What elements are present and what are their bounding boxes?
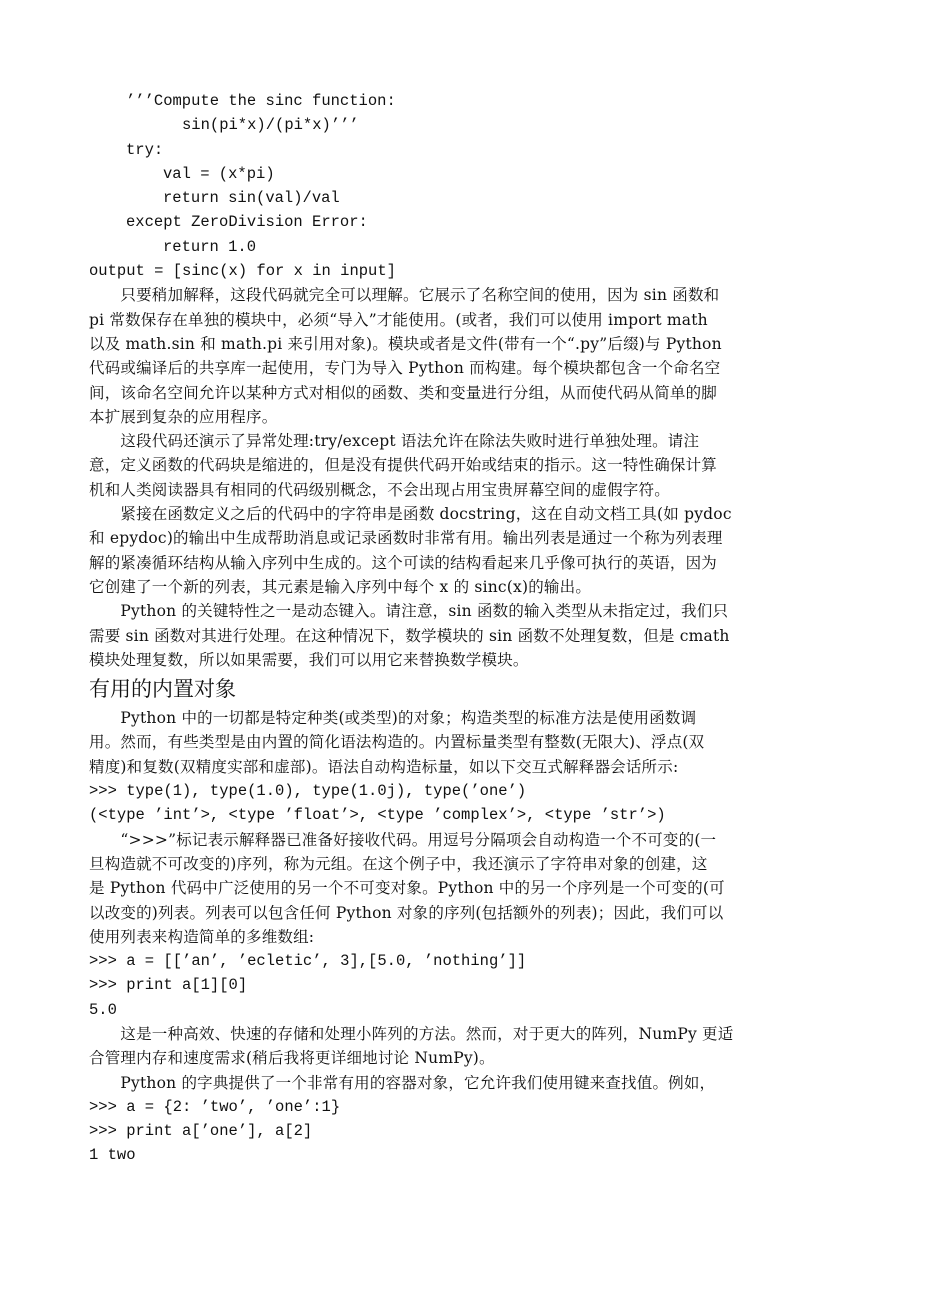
paragraph-docstring: 紧接在函数定义之后的代码中的字符串是函数 docstring，这在自动文档工具(… bbox=[89, 502, 837, 599]
text-line: 这是一种高效、快速的存储和处理小阵列的方法。然而，对于更大的阵列，NumPy 更… bbox=[89, 1022, 837, 1046]
section-heading: 有用的内置对象 bbox=[89, 672, 837, 706]
paragraph-namespaces: 只要稍加解释，这段代码就完全可以理解。它展示了名称空间的使用，因为 sin 函数… bbox=[89, 283, 837, 429]
code-line: output = [sinc(x) for x in input] bbox=[89, 259, 837, 283]
text-line: 和 epydoc)的输出中生成帮助消息或记录函数时非常有用。输出列表是通过一个称… bbox=[89, 526, 837, 550]
code-line: return 1.0 bbox=[89, 235, 837, 259]
code-line: >>> print a[1][0] bbox=[89, 973, 837, 997]
text-line: “>>>”标记表示解释器已准备好接收代码。用逗号分隔项会自动构造一个不可变的(一 bbox=[89, 828, 837, 852]
paragraph-numpy-dict: 这是一种高效、快速的存储和处理小阵列的方法。然而，对于更大的阵列，NumPy 更… bbox=[89, 1022, 837, 1095]
text-line: Python 的关键特性之一是动态键入。请注意，sin 函数的输入类型从未指定过… bbox=[89, 599, 837, 623]
code-block-dict: >>> a = {2: ’two’, ’one’:1} >>> print a[… bbox=[89, 1095, 837, 1168]
text-line: 需要 sin 函数对其进行处理。在这种情况下，数学模块的 sin 函数不处理复数… bbox=[89, 624, 837, 648]
text-line: 机和人类阅读器具有相同的代码级别概念，不会出现占用宝贵屏幕空间的虚假字符。 bbox=[89, 478, 837, 502]
text-line: 这段代码还演示了异常处理:try/except 语法允许在除法失败时进行单独处理… bbox=[89, 429, 837, 453]
paragraph-builtin-types: Python 中的一切都是特定种类(或类型)的对象；构造类型的标准方法是使用函数… bbox=[89, 706, 837, 779]
paragraph-tuples-lists: “>>>”标记表示解释器已准备好接收代码。用逗号分隔项会自动构造一个不可变的(一… bbox=[89, 828, 837, 949]
code-block-list: >>> a = [[’an’, ’ecletic’, 3],[5.0, ’not… bbox=[89, 949, 837, 1022]
text-line: 紧接在函数定义之后的代码中的字符串是函数 docstring，这在自动文档工具(… bbox=[89, 502, 837, 526]
text-line: pi 常数保存在单独的模块中，必须“导入”才能使用。(或者，我们可以使用 imp… bbox=[89, 308, 837, 332]
text-line: 旦构造就不可改变的)序列，称为元组。在这个例子中，我还演示了字符串对象的创建，这 bbox=[89, 852, 837, 876]
paragraph-exceptions: 这段代码还演示了异常处理:try/except 语法允许在除法失败时进行单独处理… bbox=[89, 429, 837, 502]
text-line: 精度)和复数(双精度实部和虚部)。语法自动构造标量，如以下交互式解释器会话所示: bbox=[89, 755, 837, 779]
code-line: (<type ’int’>, <type ’float’>, <type ’co… bbox=[89, 803, 837, 827]
text-line: Python 中的一切都是特定种类(或类型)的对象；构造类型的标准方法是使用函数… bbox=[89, 706, 837, 730]
code-line: sin(pi*x)/(pi*x)’’’ bbox=[89, 113, 837, 137]
text-line: 代码或编译后的共享库一起使用，专门为导入 Python 而构建。每个模块都包含一… bbox=[89, 356, 837, 380]
text-line: 以改变的)列表。列表可以包含任何 Python 对象的序列(包括额外的列表)；因… bbox=[89, 901, 837, 925]
code-line: return sin(val)/val bbox=[89, 186, 837, 210]
code-line: >>> a = [[’an’, ’ecletic’, 3],[5.0, ’not… bbox=[89, 949, 837, 973]
text-line: 解的紧凑循环结构从输入序列中生成的。这个可读的结构看起来几乎像可执行的英语，因为 bbox=[89, 551, 837, 575]
code-block-sinc: ’’’Compute the sinc function: sin(pi*x)/… bbox=[89, 89, 837, 283]
code-block-types: >>> type(1), type(1.0), type(1.0j), type… bbox=[89, 779, 837, 828]
code-line: >>> type(1), type(1.0), type(1.0j), type… bbox=[89, 779, 837, 803]
code-line: >>> a = {2: ’two’, ’one’:1} bbox=[89, 1095, 837, 1119]
text-line: 以及 math.sin 和 math.pi 来引用对象)。模块或者是文件(带有一… bbox=[89, 332, 837, 356]
code-line: 5.0 bbox=[89, 998, 837, 1022]
text-line: 间，该命名空间允许以某种方式对相似的函数、类和变量进行分组，从而使代码从简单的脚 bbox=[89, 381, 837, 405]
code-line: except ZeroDivision Error: bbox=[89, 210, 837, 234]
code-line: >>> print a[’one’], a[2] bbox=[89, 1119, 837, 1143]
text-line: 意，定义函数的代码块是缩进的，但是没有提供代码开始或结束的指示。这一特性确保计算 bbox=[89, 453, 837, 477]
text-line: 它创建了一个新的列表，其元素是输入序列中每个 x 的 sinc(x)的输出。 bbox=[89, 575, 837, 599]
text-line: 本扩展到复杂的应用程序。 bbox=[89, 405, 837, 429]
text-line: 用。然而，有些类型是由内置的简化语法构造的。内置标量类型有整数(无限大)、浮点(… bbox=[89, 730, 837, 754]
document-page: ’’’Compute the sinc function: sin(pi*x)/… bbox=[89, 89, 837, 1168]
text-line: 模块处理复数，所以如果需要，我们可以用它来替换数学模块。 bbox=[89, 648, 837, 672]
text-line: 合管理内存和速度需求(稍后我将更详细地讨论 NumPy)。 bbox=[89, 1046, 837, 1070]
text-line: Python 的字典提供了一个非常有用的容器对象，它允许我们使用键来查找值。例如… bbox=[89, 1071, 837, 1095]
text-line: 是 Python 代码中广泛使用的另一个不可变对象。Python 中的另一个序列… bbox=[89, 876, 837, 900]
code-line: 1 two bbox=[89, 1143, 837, 1167]
code-line: try: bbox=[89, 138, 837, 162]
paragraph-dynamic-typing: Python 的关键特性之一是动态键入。请注意，sin 函数的输入类型从未指定过… bbox=[89, 599, 837, 672]
code-line: ’’’Compute the sinc function: bbox=[89, 89, 837, 113]
text-line: 只要稍加解释，这段代码就完全可以理解。它展示了名称空间的使用，因为 sin 函数… bbox=[89, 283, 837, 307]
text-line: 使用列表来构造简单的多维数组: bbox=[89, 925, 837, 949]
code-line: val = (x*pi) bbox=[89, 162, 837, 186]
